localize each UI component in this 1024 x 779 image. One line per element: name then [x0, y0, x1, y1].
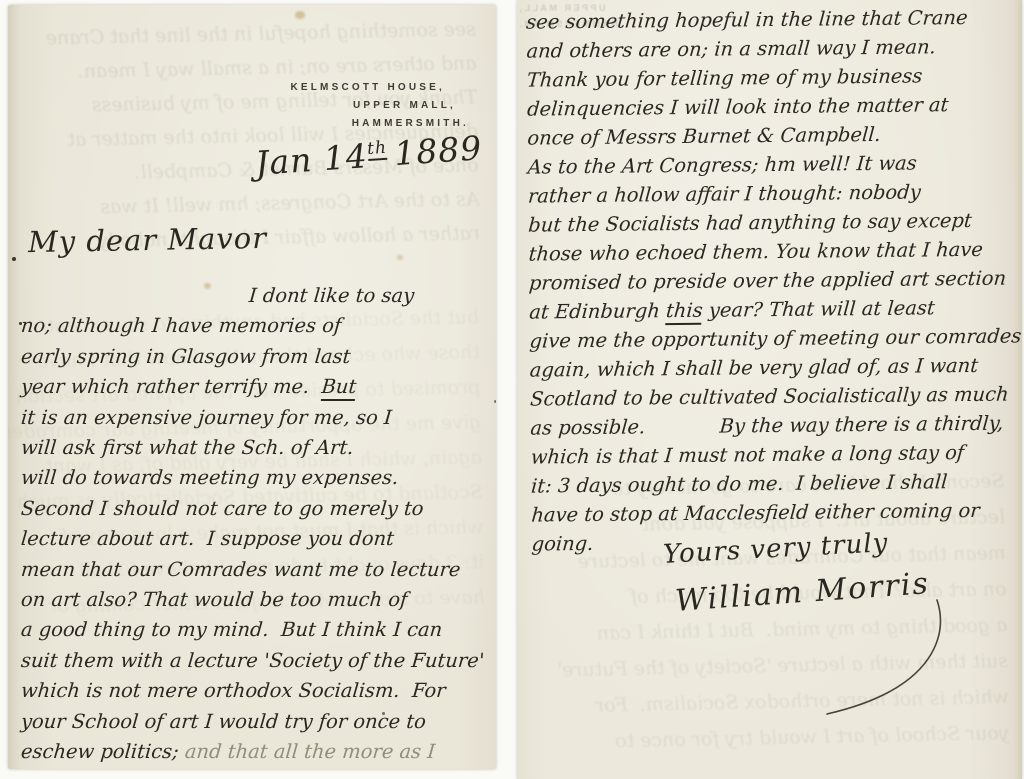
letter-line: on art also? That would be too much of: [20, 585, 495, 615]
letter-line-text: at Edinburgh: [528, 299, 667, 323]
paper-stain: [295, 11, 305, 19]
date-year: 1889: [393, 128, 483, 173]
paper-speck: [12, 257, 16, 261]
letter-line-text: eschew politics;: [20, 740, 186, 763]
letter-line: year which rather terrify me. But: [20, 372, 495, 402]
letter-page-1: see something hopeful in the line that C…: [8, 5, 496, 769]
letter-line: mean that our Comrades want me to lectur…: [20, 555, 495, 585]
letter-line: suit them with a lecture 'Society of the…: [20, 646, 495, 676]
letter-line: early spring in Glasgow from last: [20, 342, 495, 372]
underlined-word: this: [665, 299, 704, 325]
paper-stain: [397, 255, 403, 260]
letter-line: I dont like to say: [248, 281, 495, 311]
letter-line: Second I should not care to go merely to: [20, 494, 495, 524]
underlined-word: But: [320, 375, 357, 401]
letter-line: which is not mere orthodox Socialism. Fo…: [20, 676, 495, 706]
letter-line: will do towards meeting my expenses.: [20, 463, 495, 493]
signature-flourish: [787, 598, 957, 718]
date-ordinal: th: [366, 138, 387, 161]
letterhead-line: UPPER MALL,: [290, 97, 469, 115]
letter-line: your School of art I would try for once …: [20, 707, 495, 737]
letter-line-text: year which rather terrify me.: [20, 375, 323, 398]
salutation: My dear Mavor: [28, 221, 268, 259]
letter-line-text: year? That will at least: [702, 296, 936, 321]
letter-line: eschew politics; and that all the more a…: [20, 737, 495, 767]
letter-body-page-1: I dont like to say no; although I have m…: [21, 281, 493, 768]
letter-page-2: UPPER MALL, HAMMERSMITH. Second I should…: [517, 0, 1022, 779]
letter-line: no; although I have memories of: [20, 311, 495, 341]
date-day: Jan 14: [254, 136, 369, 183]
letterhead: KELMSCOTT HOUSE, UPPER MALL, HAMMERSMITH…: [290, 79, 469, 133]
letter-line: a good thing to my mind. But I think I c…: [20, 615, 495, 645]
letter-line: it is an expensive journey for me, so I: [20, 403, 495, 433]
letter-scan: see something hopeful in the line that C…: [0, 0, 1024, 779]
faded-text: and that all the more as I: [184, 740, 436, 763]
letter-line: lecture about art. I suppose you dont: [20, 524, 495, 554]
letter-body-page-2: see something hopeful in the line that C…: [526, 2, 1022, 558]
letter-line: will ask first what the Sch. of Art.: [20, 433, 495, 463]
letterhead-line: KELMSCOTT HOUSE,: [290, 79, 469, 97]
